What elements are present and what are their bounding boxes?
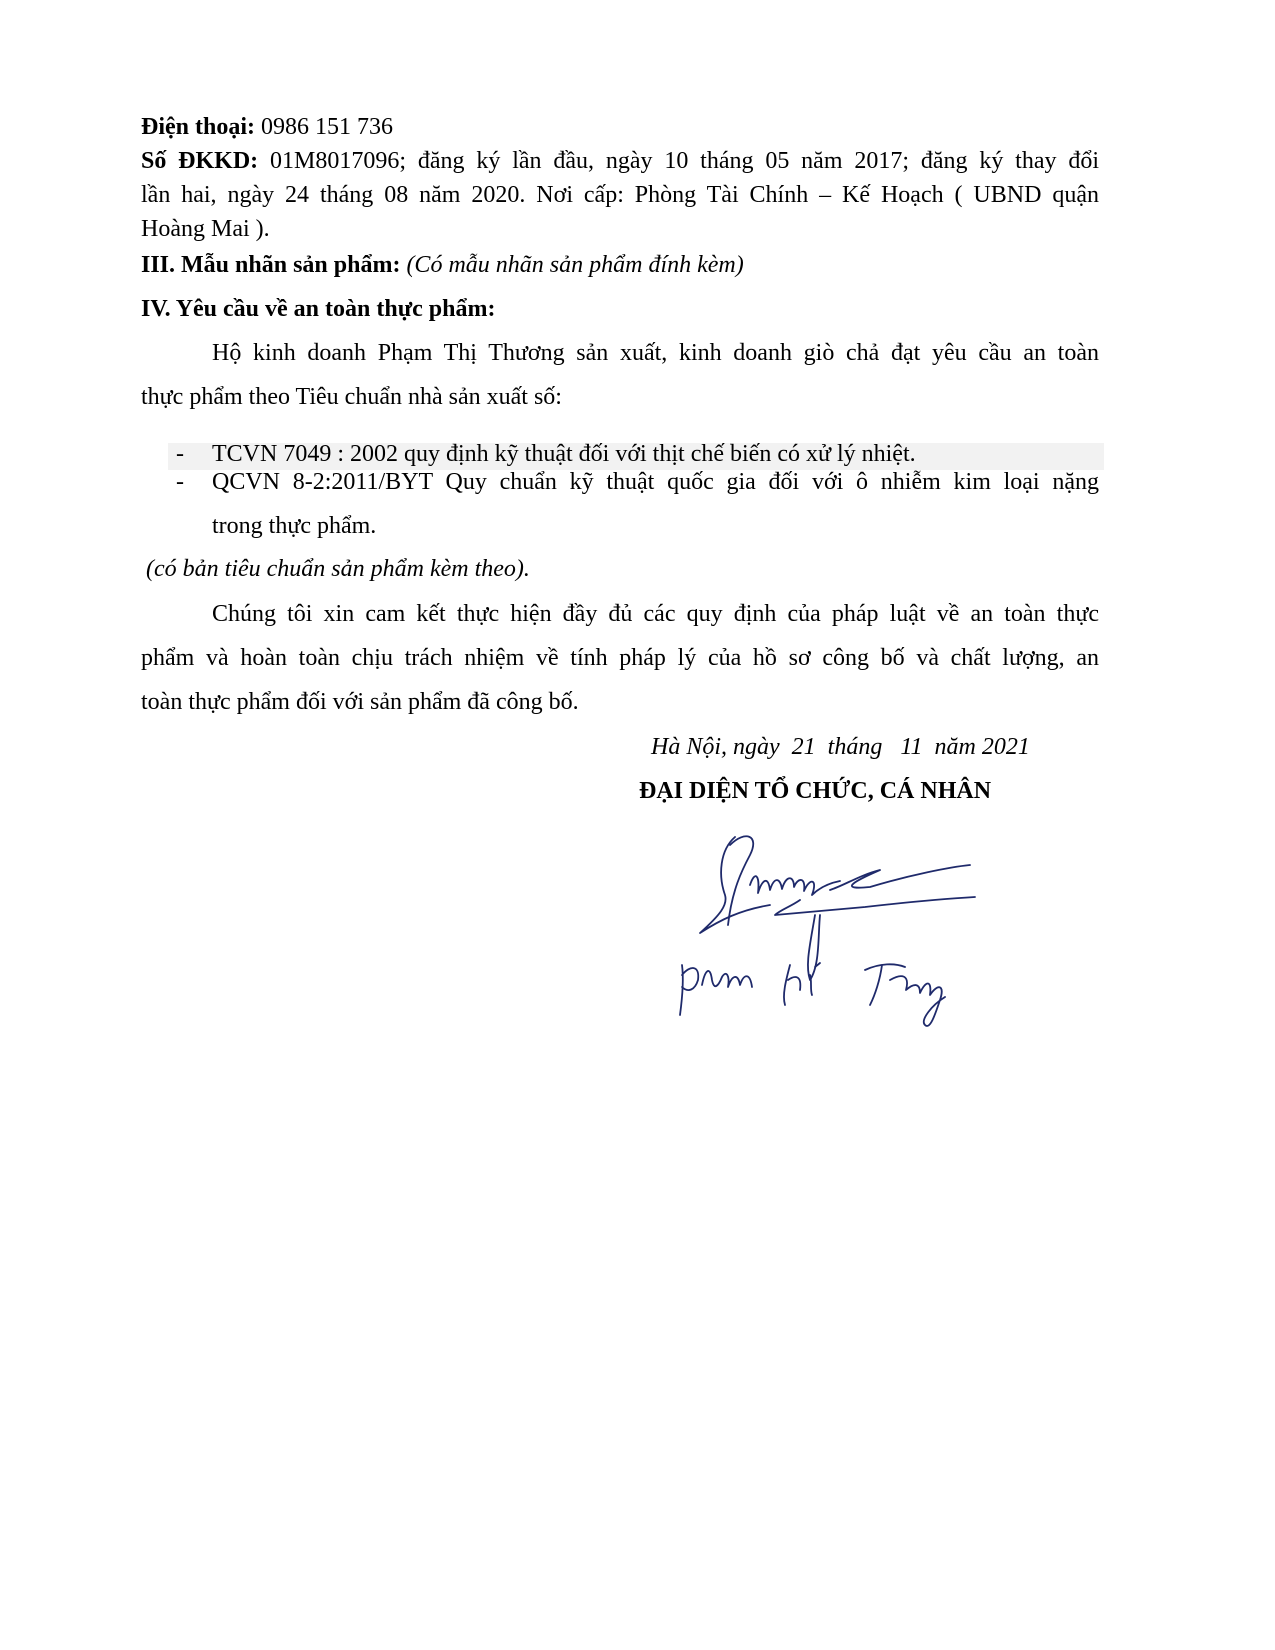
document-page: Điện thoại: 0986 151 736 Số ĐKKD: 01M801…	[0, 0, 1275, 1650]
place-date: Hà Nội, ngày 21 tháng 11 năm 2021	[651, 733, 1030, 761]
handwritten-signature	[670, 815, 1000, 1045]
standard-item-2-line-2: trong thực phẩm.	[212, 512, 376, 540]
section-4-heading: IV. Yêu cầu về an toàn thực phẩm:	[141, 295, 495, 323]
bullet-dash: -	[176, 468, 184, 496]
dkkd-text-1: 01M8017096; đăng ký lần đầu, ngày 10 thá…	[258, 148, 1099, 174]
standard-item-1: TCVN 7049 : 2002 quy định kỹ thuật đối v…	[212, 440, 916, 468]
signatory-title: ĐẠI DIỆN TỔ CHỨC, CÁ NHÂN	[639, 777, 991, 805]
phone-label: Điện thoại:	[141, 114, 255, 140]
phone-value: 0986 151 736	[255, 114, 393, 140]
dkkd-label: Số ĐKKD:	[141, 148, 258, 174]
dkkd-line-1: Số ĐKKD: 01M8017096; đăng ký lần đầu, ng…	[141, 147, 1099, 175]
section-3-line: III. Mẫu nhãn sản phẩm: (Có mẫu nhãn sản…	[141, 251, 744, 279]
standard-item-2-line-1: QCVN 8-2:2011/BYT Quy chuẩn kỹ thuật quố…	[212, 468, 1099, 496]
attached-note: (có bản tiêu chuẩn sản phẩm kèm theo).	[146, 555, 530, 583]
dkkd-line-2: lần hai, ngày 24 tháng 08 năm 2020. Nơi …	[141, 181, 1099, 209]
phone-line: Điện thoại: 0986 151 736	[141, 113, 393, 141]
section-3-heading: III. Mẫu nhãn sản phẩm:	[141, 252, 400, 278]
section-3-note: (Có mẫu nhãn sản phẩm đính kèm)	[400, 252, 743, 278]
section-4-para-line-2: thực phẩm theo Tiêu chuẩn nhà sản xuất s…	[141, 383, 562, 411]
dkkd-line-3: Hoàng Mai ).	[141, 215, 270, 243]
commitment-line-1: Chúng tôi xin cam kết thực hiện đầy đủ c…	[212, 600, 1099, 628]
commitment-line-3: toàn thực phẩm đối với sản phẩm đã công …	[141, 688, 579, 716]
section-4-para-line-1: Hộ kinh doanh Phạm Thị Thương sản xuất, …	[212, 339, 1099, 367]
commitment-line-2: phẩm và hoàn toàn chịu trách nhiệm về tí…	[141, 644, 1099, 672]
bullet-dash: -	[176, 440, 184, 468]
